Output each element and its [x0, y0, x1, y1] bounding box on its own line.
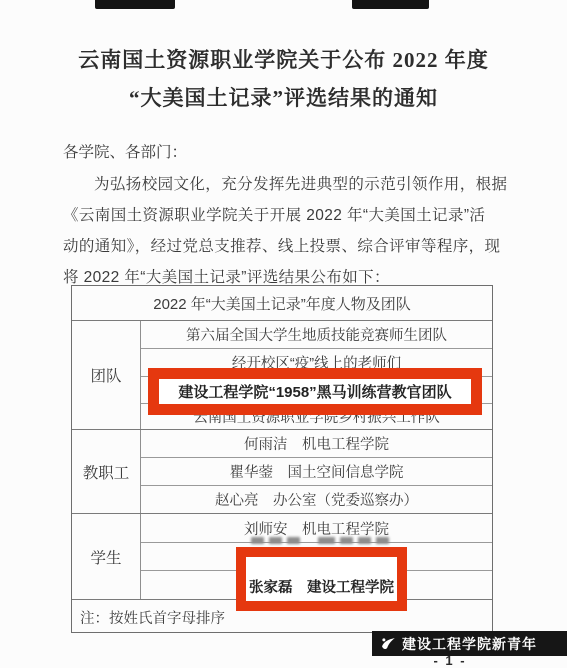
- row-text: 刘师安 机电工程学院: [244, 518, 389, 539]
- table-row: 何雨洁 机电工程学院: [141, 430, 492, 458]
- red-highlight-box-student: 张家磊 建设工程学院: [236, 547, 407, 611]
- category-cell: 教职工: [72, 430, 141, 513]
- category-cell: 学生: [72, 514, 141, 599]
- brand-logo-icon: [379, 635, 397, 653]
- scan-artifact-bar: [95, 0, 175, 9]
- body-paragraph-line: 《云南国土资源职业学院关于开展 2022 年“大美国土记录”活: [63, 203, 506, 225]
- red-highlight-box-team: 建设工程学院“1958”黑马训练营教官团队: [148, 368, 482, 415]
- scan-artifact-bar: [352, 0, 429, 9]
- notice-document: 云南国土资源职业学院关于公布 2022 年度 “大美国土记录”评选结果的通知 各…: [0, 0, 567, 668]
- brand-name: 建设工程学院新青年: [402, 634, 537, 654]
- body-paragraph-line: 为弘扬校园文化，充分发挥先进典型的示范引领作用，根据: [63, 172, 537, 194]
- table-section-faculty: 教职工 何雨洁 机电工程学院 瞿华蓥 国土空间信息学院 赵心亮 办公室（党委巡察…: [72, 430, 492, 514]
- table-row: 第六届全国大学生地质技能竞赛师生团队: [141, 321, 492, 349]
- table-row: 瞿华蓥 国土空间信息学院: [141, 458, 492, 486]
- table-row: 赵心亮 办公室（党委巡察办）: [141, 486, 492, 513]
- category-cell: 团队: [72, 321, 141, 429]
- document-title-line2: “大美国土记录”评选结果的通知: [0, 82, 567, 112]
- row-text: 赵心亮 办公室（党委巡察办）: [215, 489, 418, 510]
- row-text: 何雨洁 机电工程学院: [244, 433, 389, 454]
- body-paragraph-line: 将 2022 年“大美国土记录”评选结果公布如下：: [63, 265, 506, 287]
- row-text: 第六届全国大学生地质技能竞赛师生团队: [186, 324, 447, 345]
- body-paragraph-line: 动的通知》，经过党总支推荐、线上投票、综合评审等程序，现: [63, 234, 506, 256]
- highlighted-text: 建设工程学院“1958”黑马训练营教官团队: [178, 381, 451, 402]
- brand-banner: 建设工程学院新青年: [372, 631, 567, 656]
- highlighted-text: 张家磊 建设工程学院: [249, 576, 394, 597]
- obscured-text-fragments: [251, 537, 389, 544]
- row-text: 瞿华蓥 国土空间信息学院: [230, 461, 404, 482]
- salutation: 各学院、各部门：: [63, 140, 187, 162]
- document-title-line1: 云南国土资源职业学院关于公布 2022 年度: [0, 44, 567, 74]
- table-header: 2022 年“大美国土记录”年度人物及团队: [72, 286, 492, 321]
